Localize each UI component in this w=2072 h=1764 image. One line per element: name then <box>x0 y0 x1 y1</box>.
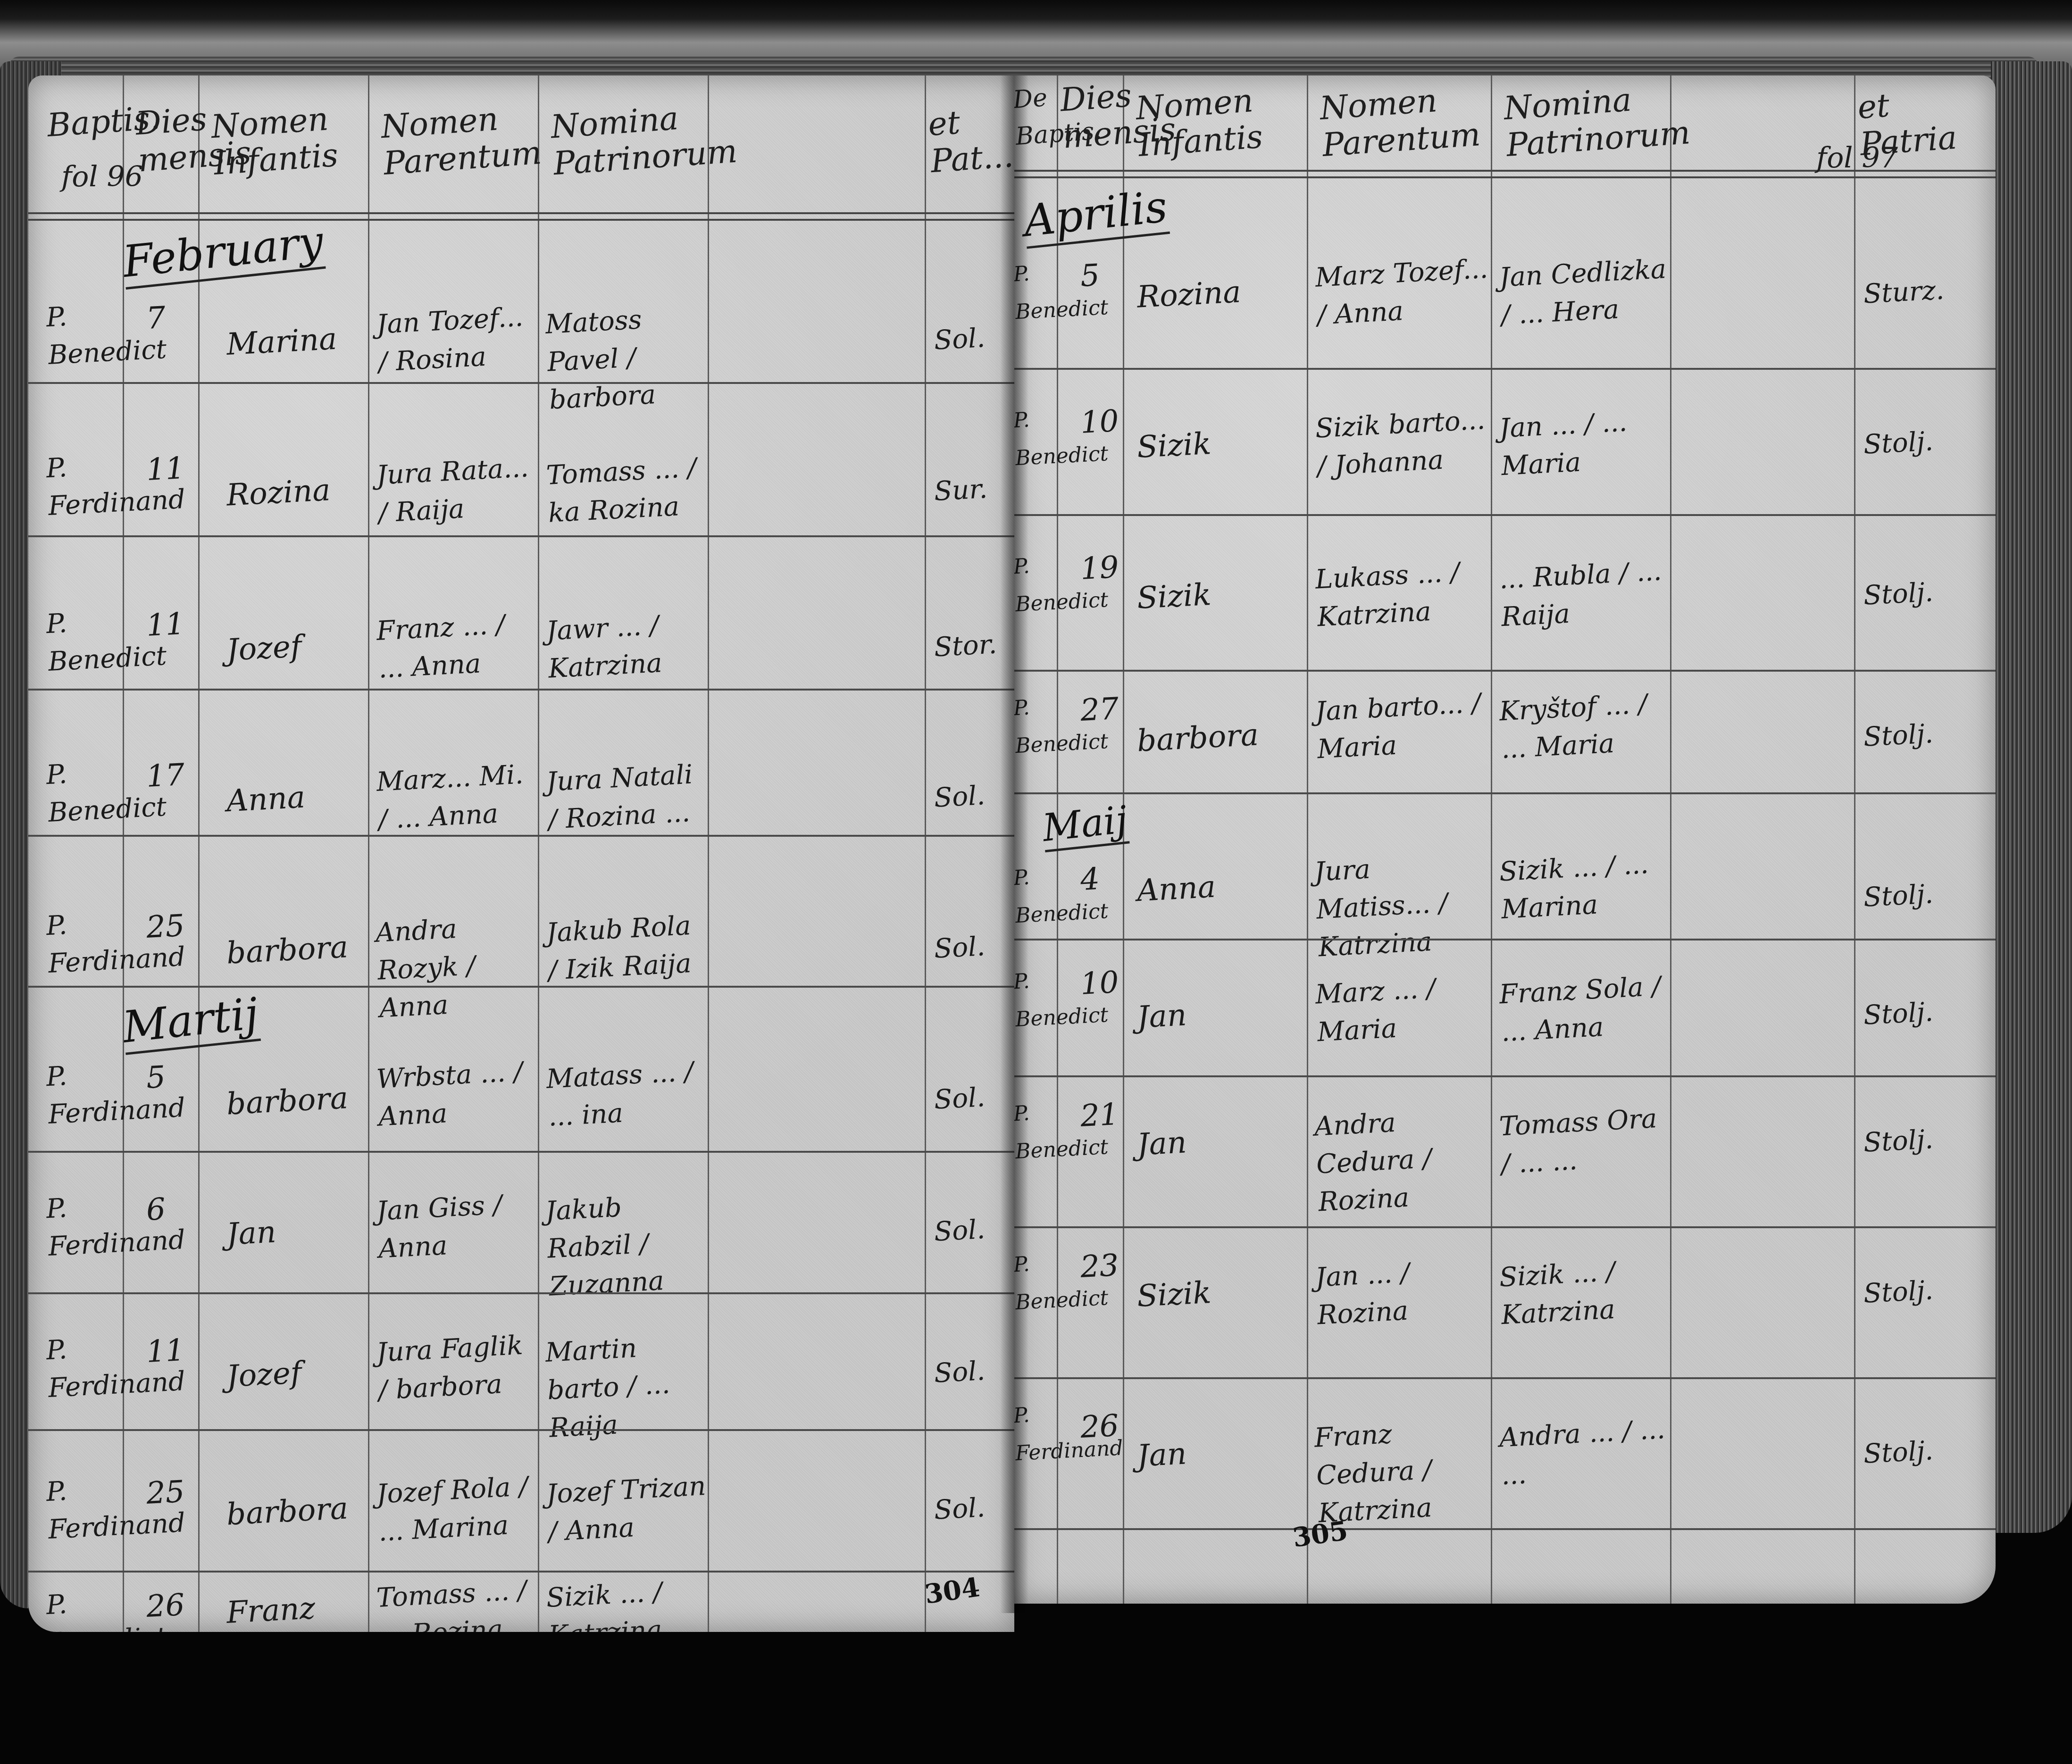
parents-names: Jan ... / Rozina <box>1314 1250 1493 1334</box>
godparents-names: Matass ... / ... ina <box>545 1052 710 1136</box>
row-rule <box>28 382 1014 384</box>
godparents-names: Matoss Pavel / barbora <box>544 298 710 419</box>
day: 25 <box>145 1471 186 1515</box>
godparents-names: Kryštof ... / ... Maria <box>1498 684 1672 769</box>
header-patrini: Nomina Patrinorum <box>550 99 710 183</box>
godparents-names: Tomass ... / ka Rozina <box>545 449 710 533</box>
day: 21 <box>1079 1093 1120 1138</box>
infant-name: barbora <box>226 926 349 974</box>
month-heading: Maij <box>1040 798 1129 852</box>
register-grid-left: Baptis. fol 96 Dies mensis Nomen Infanti… <box>28 75 1014 1632</box>
infant-name: Jan <box>1136 1432 1188 1477</box>
baptizans: P. Benedict <box>45 295 125 374</box>
extra-note: Sol. <box>933 777 986 817</box>
parents-names: Marz ... / Maria <box>1314 967 1493 1051</box>
day: 17 <box>145 754 186 798</box>
page-number: 305 <box>1291 1515 1350 1554</box>
day: 19 <box>1079 546 1120 591</box>
row-rule <box>28 689 1014 691</box>
godparents-names: ... Rubla / ... Raija <box>1498 552 1672 637</box>
parents-names: Marz... Mi. / ... Anna <box>376 755 540 839</box>
infant-name: barbora <box>226 1487 349 1536</box>
godparents-names: Jakub Rabzil / Zuzanna <box>544 1184 710 1306</box>
month-heading: Aprilis <box>1021 181 1170 249</box>
folio-number: fol 96 <box>61 160 143 193</box>
extra-note: Sol. <box>933 1211 986 1251</box>
month-heading: Martij <box>120 988 261 1055</box>
parents-names: Franz ... / ... Anna <box>376 604 540 688</box>
row-rule <box>1014 514 1996 516</box>
row-rule <box>1014 792 1996 794</box>
godparents-names: Jura Natali / Rozina ... <box>545 755 710 839</box>
row-rule <box>28 1292 1014 1294</box>
baptizans: P. Benedict <box>45 602 125 681</box>
baptizans: P. Ferdinand <box>45 1187 125 1266</box>
right-page: De Baptis. Dies mensis Nomen Infantis No… <box>1014 75 1996 1604</box>
extra-note: Stolj. <box>1863 1121 1934 1162</box>
header-infans: Nomen Infantis <box>210 99 366 183</box>
infant-name: Rozina <box>226 469 332 516</box>
parents-names: Franz Cedura / Katrzina <box>1313 1410 1494 1532</box>
infant-name: Sizik <box>1136 423 1212 469</box>
row-rule <box>28 1429 1014 1431</box>
infant-name: Anna <box>1136 866 1217 913</box>
parents-names: Jan Giss / Anna <box>376 1184 540 1268</box>
infant-name: barbora <box>1136 714 1260 762</box>
register-grid-right: De Baptis. Dies mensis Nomen Infantis No… <box>1014 75 1996 1604</box>
infant-name: Jozef <box>226 625 303 672</box>
row-rule <box>28 535 1014 537</box>
extra-note: Sol. <box>933 1352 986 1393</box>
day: 5 <box>1079 254 1101 298</box>
day: 7 <box>145 297 167 340</box>
godparents-names: Franz Sola / ... Anna <box>1498 967 1672 1052</box>
infant-name: Jozef <box>226 1352 303 1398</box>
parents-names: Jura Rata... / Raija <box>376 449 540 533</box>
extra-note: Sturz. <box>1863 272 1945 314</box>
column-divider <box>368 75 369 1632</box>
infant-name: Marina <box>226 318 338 366</box>
baptizans: P. Ferdinand <box>45 446 125 525</box>
row-rule <box>28 835 1014 837</box>
row-rule <box>1014 368 1996 370</box>
godparents-names: Jozef Trizan / Anna <box>545 1467 710 1551</box>
column-divider <box>198 75 200 1632</box>
godparents-names: Jan Cedlizka / ... Hera <box>1498 250 1672 335</box>
baptizans: P. Ferdinand <box>45 1055 125 1134</box>
parents-names: Jura Faglik / barbora <box>376 1326 540 1410</box>
page-number: 304 <box>923 1572 982 1610</box>
extra-note: Stolj. <box>1863 574 1934 615</box>
parents-names: Andra Cedura / Rozina <box>1313 1099 1494 1221</box>
header-parentes: Nomen Parentum <box>380 99 535 183</box>
godparents-names: Jan ... / ... Maria <box>1498 401 1672 486</box>
parents-names: Sizik barto... / Johanna <box>1314 401 1493 485</box>
godparents-names: Sizik ... / Katrzina <box>1498 1250 1672 1335</box>
left-page: Baptis. fol 96 Dies mensis Nomen Infanti… <box>28 75 1014 1632</box>
parents-names: Wrbsta ... / Anna <box>376 1052 540 1136</box>
extra-note: Sol. <box>933 928 986 968</box>
infant-name: Franz <box>226 1587 317 1632</box>
row-rule <box>28 1151 1014 1153</box>
folio-number: fol 97 <box>1816 141 1898 175</box>
parents-names: Jura Matiss... / Katrzina <box>1313 844 1494 966</box>
day: 4 <box>1079 858 1101 901</box>
column-divider <box>1854 75 1855 1604</box>
infant-name: Jan <box>226 1211 277 1256</box>
day: 11 <box>145 603 186 647</box>
parents-names: Marz Tozef... / Anna <box>1314 250 1493 334</box>
infant-name: Jan <box>1136 1121 1188 1166</box>
extra-note: Stolj. <box>1863 875 1934 917</box>
extra-note: Sol. <box>933 1489 986 1530</box>
column-divider <box>925 75 926 1632</box>
day: 23 <box>1079 1244 1120 1289</box>
infant-name: Sizik <box>1136 574 1212 620</box>
month-heading: February <box>120 216 326 290</box>
header-patrini: Nomina Patrinorum <box>1503 79 1672 164</box>
row-rule <box>28 986 1014 988</box>
row-rule <box>1014 1377 1996 1379</box>
parents-names: Andra Rozyk / Anna <box>375 906 541 1027</box>
infant-name: barbora <box>226 1077 349 1125</box>
extra-note: Sur. <box>933 470 988 511</box>
row-rule <box>1014 1075 1996 1077</box>
header-infans: Nomen Infantis <box>1135 79 1304 164</box>
parents-names: Jan barto... / Maria <box>1314 684 1493 768</box>
baptizans: P. Benedict <box>45 1583 125 1632</box>
day: 10 <box>1079 400 1120 444</box>
day: 25 <box>145 905 186 949</box>
baptizans: P. Ferdinand <box>45 904 125 983</box>
baptizans: P. Ferdinand <box>45 1328 125 1407</box>
header-parentes: Nomen Parentum <box>1319 79 1488 164</box>
godparents-names: Jawr ... / Katrzina <box>545 604 710 688</box>
row-rule <box>1014 1528 1996 1530</box>
extra-note: Stolj. <box>1863 423 1934 464</box>
parents-names: Jozef Rola / ... Marina <box>376 1467 540 1551</box>
day: 11 <box>145 1329 186 1373</box>
extra-note: Sol. <box>933 1079 986 1119</box>
infant-name: Sizik <box>1136 1272 1212 1318</box>
book-gutter <box>1000 75 1028 1613</box>
godparents-names: Sizik ... / Katrzina <box>545 1571 710 1632</box>
parents-names: Tomass ... / ... Rozina <box>376 1571 540 1632</box>
infant-name: Rozina <box>1136 271 1242 318</box>
extra-note: Stor. <box>933 626 998 667</box>
header-rule <box>28 212 1014 221</box>
column-divider <box>1307 75 1308 1604</box>
day: 27 <box>1079 688 1120 732</box>
row-rule <box>1014 939 1996 940</box>
infant-name: Jan <box>1136 994 1188 1039</box>
day: 11 <box>145 447 186 491</box>
godparents-names: Sizik ... / ... Marina <box>1498 845 1672 929</box>
godparents-names: Andra ... / ... ... <box>1498 1411 1672 1495</box>
header-dies: Dies mensis <box>1059 78 1126 156</box>
infant-name: Anna <box>226 776 306 823</box>
book-page-edges-right <box>1991 61 2072 1533</box>
godparents-names: Jakub Rola / Izik Raija <box>545 906 710 990</box>
extra-note: Stolj. <box>1863 993 1934 1035</box>
parents-names: Jan Tozef... / Rosina <box>376 298 540 382</box>
extra-note: Stolj. <box>1863 1432 1934 1473</box>
extra-note: Stolj. <box>1863 1272 1934 1313</box>
baptizans: P. Benedict <box>45 753 125 832</box>
header-dies: Dies mensis <box>134 102 201 180</box>
day: 6 <box>145 1188 167 1231</box>
day: 26 <box>145 1584 186 1628</box>
day: 5 <box>145 1056 167 1099</box>
row-rule <box>1014 1226 1996 1228</box>
row-rule <box>1014 670 1996 672</box>
extra-note: Stolj. <box>1863 715 1934 757</box>
extra-note: Sol. <box>933 319 986 360</box>
day: 26 <box>1079 1405 1120 1449</box>
day: 10 <box>1079 961 1120 1006</box>
parents-names: Lukass ... / Katrzina <box>1314 552 1493 636</box>
godparents-names: Tomass Ora / ... ... <box>1498 1099 1672 1184</box>
baptizans: P. Ferdinand <box>45 1470 125 1549</box>
